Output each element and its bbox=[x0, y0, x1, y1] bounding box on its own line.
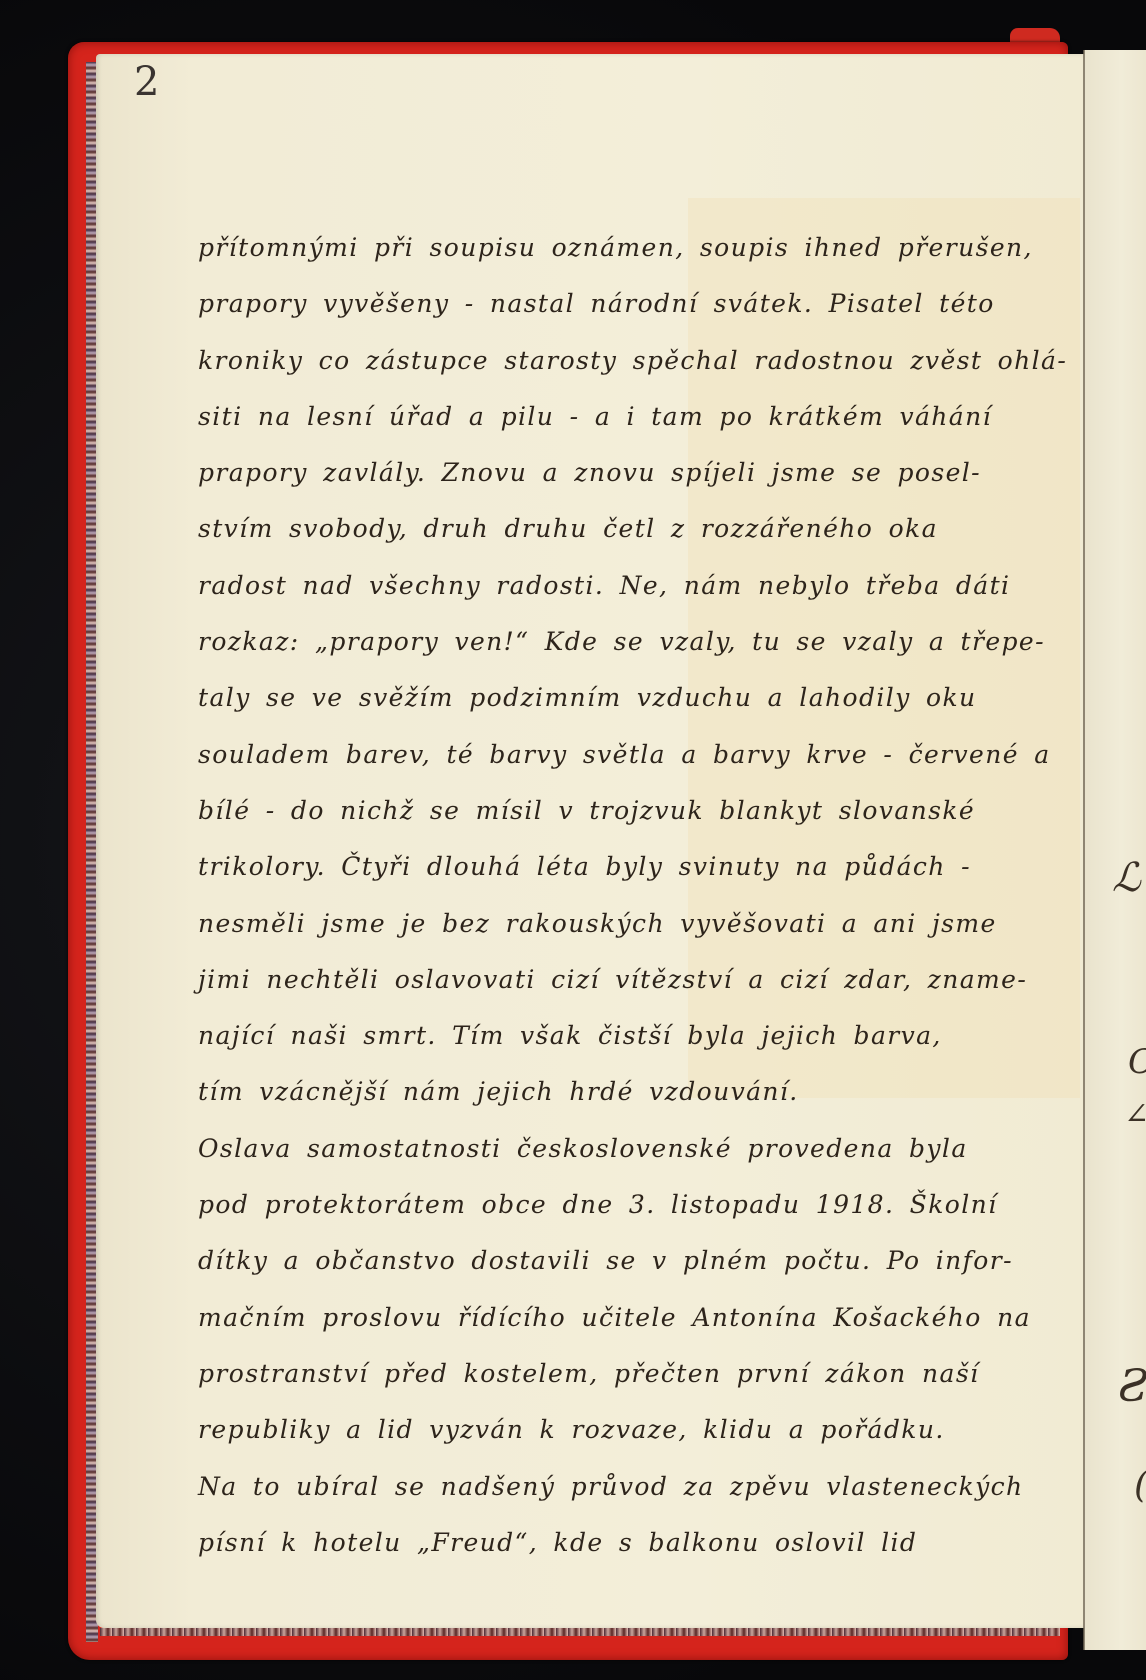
text-line: mačním proslovu řídícího učitele Antonín… bbox=[198, 1290, 1018, 1346]
text-line: taly se ve svěžím podzimním vzduchu a la… bbox=[198, 670, 1018, 726]
text-line: tím vzácnější nám jejich hrdé vzdouvání. bbox=[198, 1064, 1018, 1120]
text-line: prapory vyvěšeny - nastal národní svátek… bbox=[198, 276, 1018, 332]
marbled-page-edge-bottom bbox=[100, 1628, 1060, 1636]
text-line: prapory zavlály. Znovu a znovu spíjeli j… bbox=[198, 445, 1018, 501]
text-line: přítomnými při soupisu oznámen, soupis i… bbox=[198, 220, 1018, 276]
facing-page-glyph: Ƨ bbox=[1118, 1365, 1146, 1409]
handwritten-text-block: přítomnými při soupisu oznámen, soupis i… bbox=[198, 220, 1018, 1571]
text-line: prostranství před kostelem, přečten prvn… bbox=[198, 1346, 1018, 1402]
facing-page-glyph: C bbox=[1128, 1045, 1146, 1079]
page-number: 2 bbox=[134, 62, 159, 102]
scanned-book-scene: ℒ C ∠ Ƨ ( 2 přítomnými při soupisu oznám… bbox=[0, 0, 1146, 1680]
paragraph-start-line: Oslava samostatnosti československé prov… bbox=[198, 1121, 1018, 1177]
facing-page-glyph: ∠ bbox=[1124, 1100, 1146, 1130]
text-line: jimi nechtěli oslavovati cizí vítězství … bbox=[198, 952, 1018, 1008]
text-line: pod protektorátem obce dne 3. listopadu … bbox=[198, 1177, 1018, 1233]
text-line: republiky a lid vyzván k rozvaze, klidu … bbox=[198, 1402, 1018, 1458]
facing-page-glyph: ( bbox=[1134, 1468, 1146, 1504]
facing-page-glyph: ℒ bbox=[1112, 858, 1141, 898]
text-line: kroniky co zástupce starosty spěchal rad… bbox=[198, 333, 1018, 389]
text-line: Na to ubíral se nadšený průvod za zpěvu … bbox=[198, 1459, 1018, 1515]
text-line: rozkaz: „prapory ven!“ Kde se vzaly, tu … bbox=[198, 614, 1018, 670]
text-line: dítky a občanstvo dostavili se v plném p… bbox=[198, 1233, 1018, 1289]
text-line: nající naši smrt. Tím však čistší byla j… bbox=[198, 1008, 1018, 1064]
text-line: stvím svobody, druh druhu četl z rozzáře… bbox=[198, 501, 1018, 557]
page-fold-line bbox=[1083, 50, 1085, 1650]
text-line: trikolory. Čtyři dlouhá léta byly svinut… bbox=[198, 839, 1018, 895]
text-line: písní k hotelu „Freud“, kde s balkonu os… bbox=[198, 1515, 1018, 1571]
text-line: nesměli jsme je bez rakouských vyvěšovat… bbox=[198, 896, 1018, 952]
text-line: souladem barev, té barvy světla a barvy … bbox=[198, 727, 1018, 783]
text-line: radost nad všechny radosti. Ne, nám neby… bbox=[198, 558, 1018, 614]
text-line: bílé - do nichž se mísil v trojzvuk blan… bbox=[198, 783, 1018, 839]
text-line: siti na lesní úřad a pilu - a i tam po k… bbox=[198, 389, 1018, 445]
